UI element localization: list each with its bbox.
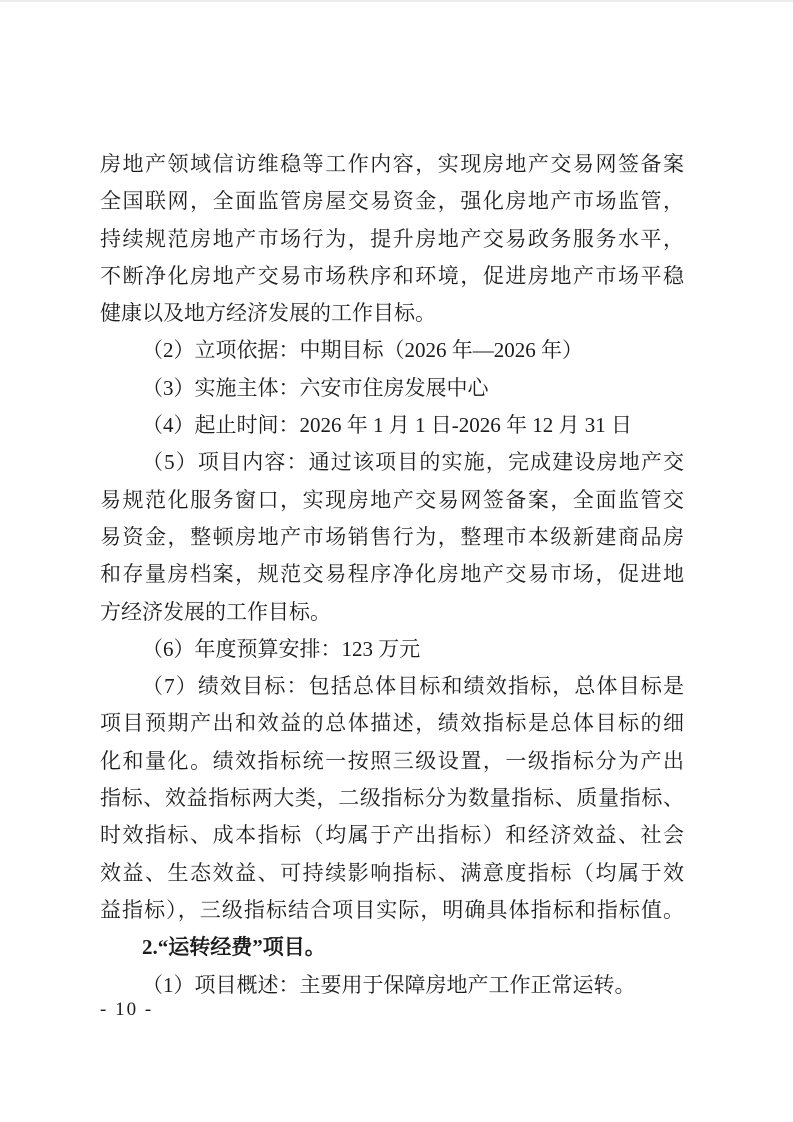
paragraph-line: 持续规范房地产市场行为，提升房地产交易政务服务水平，	[100, 221, 684, 258]
paragraph: （6）年度预算安排：123 万元	[100, 631, 684, 668]
paragraph-line: （2）立项依据：中期目标（2026 年—2026 年）	[100, 332, 684, 369]
paragraph-line: 项目预期产出和效益的总体描述，绩效指标是总体目标的细	[100, 705, 684, 742]
paragraph-line: 房地产领域信访维稳等工作内容，实现房地产交易网签备案	[100, 146, 684, 183]
paragraph: （3）实施主体：六安市住房发展中心	[100, 370, 684, 407]
paragraph-line: 方经济发展的工作目标。	[100, 594, 684, 631]
page-edge-artifact	[0, 0, 793, 2]
paragraph-line: （1）项目概述：主要用于保障房地产工作正常运转。	[100, 967, 684, 1004]
page-number: - 10 -	[100, 999, 153, 1021]
paragraph-line: （6）年度预算安排：123 万元	[100, 631, 684, 668]
paragraph-line: 化和量化。绩效指标统一按照三级设置，一级指标分为产出	[100, 743, 684, 780]
paragraph: （5）项目内容：通过该项目的实施，完成建设房地产交易规范化服务窗口，实现房地产交…	[100, 444, 684, 630]
paragraph-line: 易规范化服务窗口，实现房地产交易网签备案，全面监管交	[100, 482, 684, 519]
paragraph-line: 不断净化房地产交易市场秩序和环境，促进房地产市场平稳	[100, 258, 684, 295]
paragraph-line: 全国联网，全面监管房屋交易资金，强化房地产市场监管，	[100, 183, 684, 220]
paragraph: 2.“运转经费”项目。	[100, 929, 684, 966]
paragraph-line: （5）项目内容：通过该项目的实施，完成建设房地产交	[100, 444, 684, 481]
paragraph-line: （7）绩效目标：包括总体目标和绩效指标，总体目标是	[100, 668, 684, 705]
paragraph-line: 和存量房档案，规范交易程序净化房地产交易市场，促进地	[100, 556, 684, 593]
paragraph-line: （3）实施主体：六安市住房发展中心	[100, 370, 684, 407]
paragraph: 房地产领域信访维稳等工作内容，实现房地产交易网签备案全国联网，全面监管房屋交易资…	[100, 146, 684, 332]
paragraph-line: 时效指标、成本指标（均属于产出指标）和经济效益、社会	[100, 817, 684, 854]
paragraph-line: 2.“运转经费”项目。	[100, 929, 684, 966]
document-body: 房地产领域信访维稳等工作内容，实现房地产交易网签备案全国联网，全面监管房屋交易资…	[100, 146, 684, 1004]
paragraph-line: 指标、效益指标两大类，二级指标分为数量指标、质量指标、	[100, 780, 684, 817]
paragraph-line: 效益、生态效益、可持续影响指标、满意度指标（均属于效	[100, 855, 684, 892]
paragraph-line: 易资金，整顿房地产市场销售行为，整理市本级新建商品房	[100, 519, 684, 556]
paragraph: （1）项目概述：主要用于保障房地产工作正常运转。	[100, 967, 684, 1004]
paragraph: （7）绩效目标：包括总体目标和绩效指标，总体目标是项目预期产出和效益的总体描述，…	[100, 668, 684, 929]
paragraph-line: 益指标），三级指标结合项目实际，明确具体指标和指标值。	[100, 892, 684, 929]
paragraph: （4）起止时间：2026 年 1 月 1 日-2026 年 12 月 31 日	[100, 407, 684, 444]
paragraph-line: 健康以及地方经济发展的工作目标。	[100, 295, 684, 332]
paragraph: （2）立项依据：中期目标（2026 年—2026 年）	[100, 332, 684, 369]
document-page: 房地产领域信访维稳等工作内容，实现房地产交易网签备案全国联网，全面监管房屋交易资…	[0, 0, 793, 1122]
paragraph-line: （4）起止时间：2026 年 1 月 1 日-2026 年 12 月 31 日	[100, 407, 684, 444]
